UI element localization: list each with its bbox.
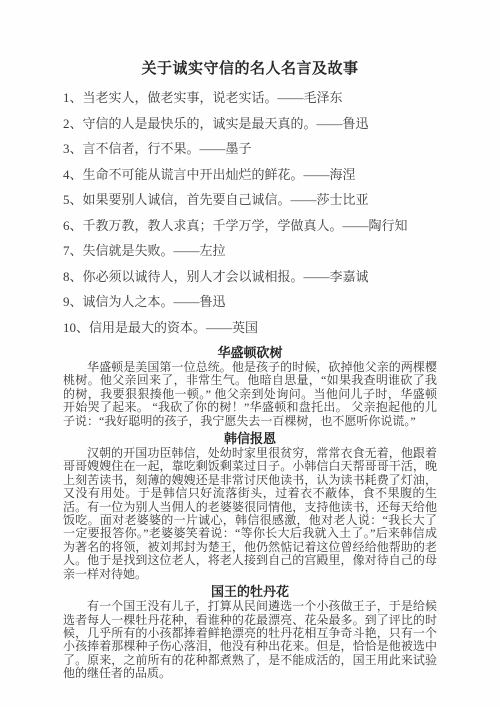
quote-item-3: 3、言不信者，行不果。——墨子 [63, 141, 437, 158]
story-heading-washington: 华盛顿砍树 [63, 345, 437, 360]
story-body-washington: 华盛顿是美国第一位总统。他是孩子的时候，砍掉他父亲的两棵樱桃树。他父亲回来了，非… [63, 361, 437, 428]
quote-item-8: 8、你必须以诚待人，别人才会以诚相报。——李嘉诚 [63, 269, 437, 286]
quote-item-5: 5、如果要别人诚信，首先要自己诚信。——莎士比亚 [63, 192, 437, 209]
quote-item-9: 9、诚信为人之本。——鲁迅 [63, 294, 437, 311]
story-body-hanxin: 汉朝的开国功臣韩信，处幼时家里很贫穷，常常衣食无着，他跟着哥哥嫂嫂住在一起，靠吃… [63, 447, 437, 581]
story-washington: 华盛顿砍树 华盛顿是美国第一位总统。他是孩子的时候，砍掉他父亲的两棵樱桃树。他父… [63, 345, 437, 428]
story-hanxin: 韩信报恩 汉朝的开国功臣韩信，处幼时家里很贫穷，常常衣食无着，他跟着哥哥嫂嫂住在… [63, 431, 437, 581]
quote-item-7: 7、失信就是失败。——左拉 [63, 243, 437, 260]
quote-item-4: 4、生命不可能从谎言中开出灿烂的鲜花。——海涅 [63, 167, 437, 184]
quote-list: 1、当老实人，做老实事，说老实话。——毛泽东 2、守信的人是最快乐的，诚实是最天… [63, 90, 437, 336]
story-king-peony: 国王的牡丹花 有一个国王没有儿子，打算从民间遴选一个小孩做王子，于是给候选者每人… [63, 584, 437, 680]
quote-item-2: 2、守信的人是最快乐的，诚实是最天真的。——鲁迅 [63, 116, 437, 133]
quote-item-1: 1、当老实人，做老实事，说老实话。——毛泽东 [63, 90, 437, 107]
story-heading-king-peony: 国王的牡丹花 [63, 584, 437, 599]
story-body-king-peony: 有一个国王没有儿子，打算从民间遴选一个小孩做王子，于是给候选者每人一棵牡丹花种，… [63, 600, 437, 680]
document-page: 关于诚实守信的名人名言及故事 1、当老实人，做老实事，说老实话。——毛泽东 2、… [0, 0, 500, 707]
quote-item-10: 10、信用是最大的资本。——英国 [63, 320, 437, 337]
quote-item-6: 6、千教万教，教人求真；千学万学，学做真人。——陶行知 [63, 218, 437, 235]
page-title: 关于诚实守信的名人名言及故事 [63, 60, 437, 79]
story-heading-hanxin: 韩信报恩 [63, 431, 437, 446]
